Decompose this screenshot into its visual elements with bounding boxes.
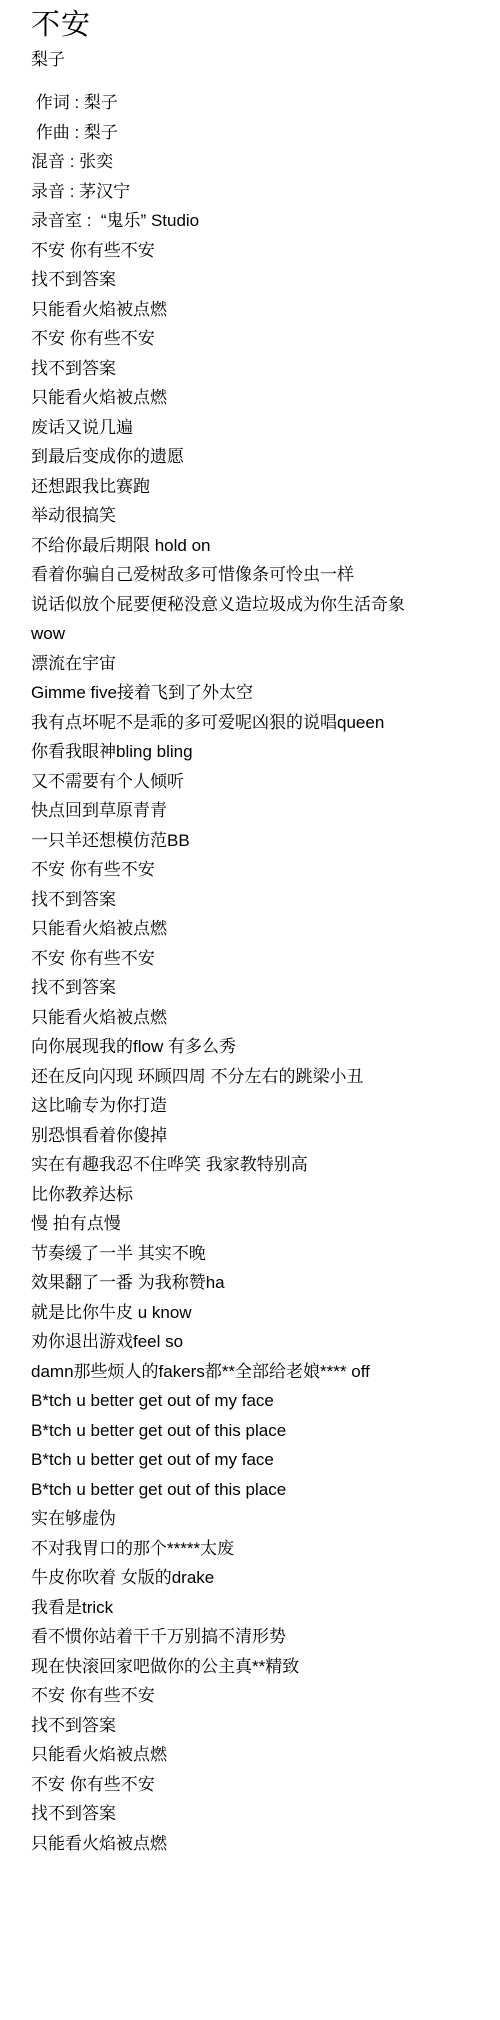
lyric-line: 还在反向闪现 环顾四周 不分左右的跳梁小丑 [31,1062,490,1092]
lyric-line: 牛皮你吹着 女版的drake [31,1563,490,1593]
lyric-line: 不对我胃口的那个*****太废 [31,1534,490,1564]
credit-line: 作词 : 梨子 [31,88,490,118]
lyric-line: 不安 你有些不安 [31,236,490,266]
credit-line: 混音 : 张奕 [31,147,490,177]
lyric-line: 只能看火焰被点燃 [31,914,490,944]
lyric-line: 只能看火焰被点燃 [31,295,490,325]
lyric-line: 别恐惧看着你傻掉 [31,1121,490,1151]
lyric-line: 慢 拍有点慢 [31,1209,490,1239]
lyric-line: damn那些烦人的fakers都**全部给老娘**** off [31,1357,490,1387]
lyric-line: 我有点坏呢不是乖的多可爱呢凶狠的说唱queen [31,708,490,738]
lyric-line: 找不到答案 [31,354,490,384]
lyric-line: 就是比你牛皮 u know [31,1298,490,1328]
lyric-line: 不安 你有些不安 [31,944,490,974]
lyric-line: 还想跟我比赛跑 [31,472,490,502]
lyric-line: 找不到答案 [31,1799,490,1829]
lyric-line: 不安 你有些不安 [31,855,490,885]
lyric-line: B*tch u better get out of my face [31,1386,490,1416]
lyric-line: 只能看火焰被点燃 [31,1740,490,1770]
lyric-line: 效果翻了一番 为我称赞ha [31,1268,490,1298]
lyric-line: 又不需要有个人倾听 [31,767,490,797]
lyric-line: 到最后变成你的遗愿 [31,442,490,472]
lyric-line: 快点回到草原青青 [31,796,490,826]
lyric-line: 不安 你有些不安 [31,1681,490,1711]
lyric-line: B*tch u better get out of my face [31,1445,490,1475]
lyric-line: 漂流在宇宙 [31,649,490,679]
credit-line: 作曲 : 梨子 [31,118,490,148]
lyric-line: 举动很搞笑 [31,501,490,531]
lyrics-page: 不安 梨子 作词 : 梨子 作曲 : 梨子 混音 : 张奕 录音 : 茅汉宁 录… [0,0,500,1858]
lyric-line: 找不到答案 [31,265,490,295]
lyric-line: 只能看火焰被点燃 [31,1829,490,1859]
lyric-line: B*tch u better get out of this place [31,1475,490,1505]
lyric-line: 我看是trick [31,1593,490,1623]
lyric-line: 劝你退出游戏feel so [31,1327,490,1357]
lyric-line: 节奏缓了一半 其实不晚 [31,1239,490,1269]
lyrics-body: 不安 你有些不安 找不到答案 只能看火焰被点燃 不安 你有些不安 找不到答案 只… [31,236,490,1859]
lyric-line: 现在快滚回家吧做你的公主真**精致 [31,1652,490,1682]
lyric-line: 找不到答案 [31,885,490,915]
lyric-line: 只能看火焰被点燃 [31,1003,490,1033]
lyric-line: 找不到答案 [31,973,490,1003]
lyric-line: 这比喻专为你打造 [31,1091,490,1121]
lyric-line: wow [31,619,490,649]
credit-line: 录音室 : “鬼乐” Studio [31,206,490,236]
lyric-line: 你看我眼神bling bling [31,737,490,767]
song-title: 不安 [31,6,490,44]
lyric-line: 不给你最后期限 hold on [31,531,490,561]
artist-name: 梨子 [31,48,490,72]
credits-block: 作词 : 梨子 作曲 : 梨子 混音 : 张奕 录音 : 茅汉宁 录音室 : “… [31,88,490,236]
lyric-line: B*tch u better get out of this place [31,1416,490,1446]
lyric-line: 不安 你有些不安 [31,1770,490,1800]
lyric-line: Gimme five接着飞到了外太空 [31,678,490,708]
lyric-line: 实在够虚伪 [31,1504,490,1534]
lyric-line: 一只羊还想模仿范BB [31,826,490,856]
lyric-line: 不安 你有些不安 [31,324,490,354]
credit-line: 录音 : 茅汉宁 [31,177,490,207]
lyric-line: 只能看火焰被点燃 [31,383,490,413]
lyric-line: 向你展现我的flow 有多么秀 [31,1032,490,1062]
lyric-line: 说话似放个屁要便秘没意义造垃圾成为你生活奇象 [31,590,490,620]
lyric-line: 看着你骗自己爱树敌多可惜像条可怜虫一样 [31,560,490,590]
lyric-line: 比你教养达标 [31,1180,490,1210]
lyric-line: 废话又说几遍 [31,413,490,443]
lyric-line: 看不惯你站着干千万别搞不清形势 [31,1622,490,1652]
lyric-line: 找不到答案 [31,1711,490,1741]
lyric-line: 实在有趣我忍不住哗笑 我家教特别高 [31,1150,490,1180]
